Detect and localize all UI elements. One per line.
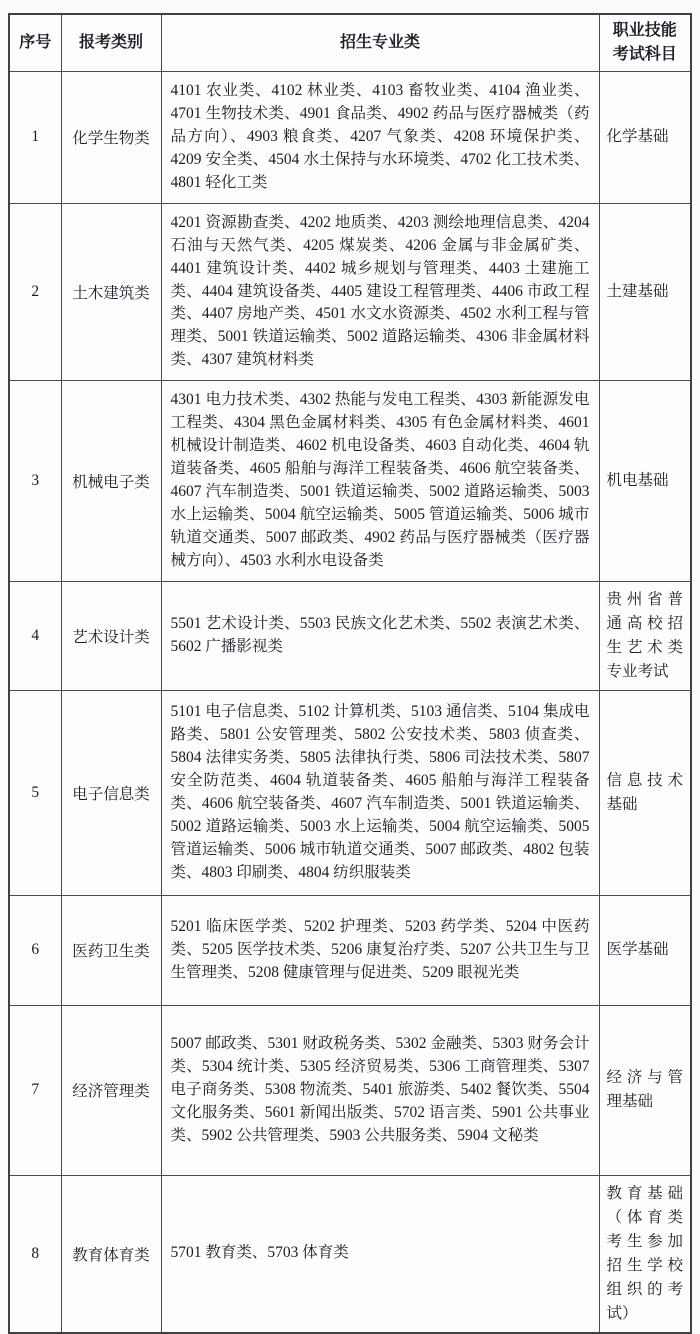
admission-category-table: 序号 报考类别 招生专业类 职业技能考试科目 1 化学生物类 4101 农业类、…: [8, 13, 692, 1334]
col-header-serial-number: 序号: [9, 14, 61, 72]
subject-cell: 医学基础: [599, 895, 691, 1005]
category-cell: 医药卫生类: [61, 895, 161, 1005]
majors-cell: 5007 邮政类、5301 财政税务类、5302 金融类、5303 财务会计类、…: [161, 1005, 599, 1175]
subject-cell: 教育基础（体育类考生参加招生学校组织的考试）: [599, 1175, 691, 1333]
table-row: 1 化学生物类 4101 农业类、4102 林业类、4103 畜牧业类、4104…: [9, 72, 691, 204]
col-header-application-category: 报考类别: [61, 14, 161, 72]
table-row: 5 电子信息类 5101 电子信息类、5102 计算机类、5103 通信类、51…: [9, 690, 691, 895]
category-cell: 机械电子类: [61, 381, 161, 582]
category-cell: 电子信息类: [61, 690, 161, 895]
category-cell: 土木建筑类: [61, 203, 161, 381]
majors-cell: 5701 教育类、5703 体育类: [161, 1175, 599, 1333]
row-number-cell: 4: [9, 581, 61, 690]
row-number-cell: 8: [9, 1175, 61, 1333]
table-row: 2 土木建筑类 4201 资源勘查类、4202 地质类、4203 测绘地理信息类…: [9, 203, 691, 381]
subject-cell: 土建基础: [599, 203, 691, 381]
subject-cell: 信息技术基础: [599, 690, 691, 895]
table-header-row: 序号 报考类别 招生专业类 职业技能考试科目: [9, 14, 691, 72]
subject-cell: 机电基础: [599, 381, 691, 582]
majors-cell: 5201 临床医学类、5202 护理类、5203 药学类、5204 中医药类、5…: [161, 895, 599, 1005]
majors-cell: 5101 电子信息类、5102 计算机类、5103 通信类、5104 集成电路类…: [161, 690, 599, 895]
row-number-cell: 6: [9, 895, 61, 1005]
majors-cell: 4101 农业类、4102 林业类、4103 畜牧业类、4104 渔业类、470…: [161, 72, 599, 204]
table-row: 7 经济管理类 5007 邮政类、5301 财政税务类、5302 金融类、530…: [9, 1005, 691, 1175]
subject-cell: 化学基础: [599, 72, 691, 204]
row-number-cell: 5: [9, 690, 61, 895]
document-page: 序号 报考类别 招生专业类 职业技能考试科目 1 化学生物类 4101 农业类、…: [0, 0, 700, 1334]
row-number-cell: 3: [9, 381, 61, 582]
category-cell: 化学生物类: [61, 72, 161, 204]
majors-cell: 4201 资源勘查类、4202 地质类、4203 测绘地理信息类、4204 石油…: [161, 203, 599, 381]
subject-cell: 贵州省普通高校招生艺术类专业考试: [599, 581, 691, 690]
col-header-vocational-skill-exam-subject: 职业技能考试科目: [599, 14, 691, 72]
col-header-enrollment-major-category: 招生专业类: [161, 14, 599, 72]
table-row: 6 医药卫生类 5201 临床医学类、5202 护理类、5203 药学类、520…: [9, 895, 691, 1005]
table-row: 3 机械电子类 4301 电力技术类、4302 热能与发电工程类、4303 新能…: [9, 381, 691, 582]
row-number-cell: 7: [9, 1005, 61, 1175]
table-row: 4 艺术设计类 5501 艺术设计类、5503 民族文化艺术类、5502 表演艺…: [9, 581, 691, 690]
row-number-cell: 1: [9, 72, 61, 204]
table-row: 8 教育体育类 5701 教育类、5703 体育类 教育基础（体育类考生参加招生…: [9, 1175, 691, 1333]
category-cell: 艺术设计类: [61, 581, 161, 690]
row-number-cell: 2: [9, 203, 61, 381]
subject-cell: 经济与管理基础: [599, 1005, 691, 1175]
category-cell: 经济管理类: [61, 1005, 161, 1175]
category-cell: 教育体育类: [61, 1175, 161, 1333]
majors-cell: 4301 电力技术类、4302 热能与发电工程类、4303 新能源发电工程类、4…: [161, 381, 599, 582]
majors-cell: 5501 艺术设计类、5503 民族文化艺术类、5502 表演艺术类、5602 …: [161, 581, 599, 690]
